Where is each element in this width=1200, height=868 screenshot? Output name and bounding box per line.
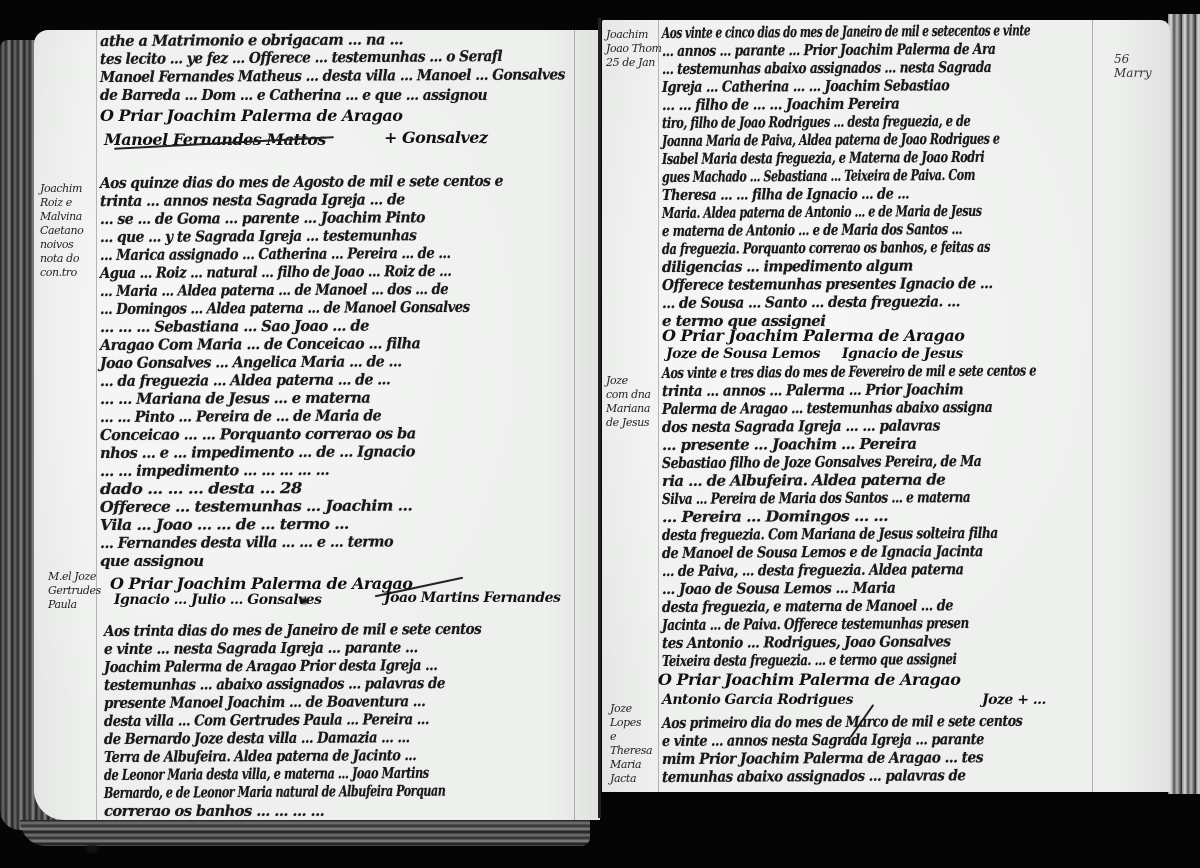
priest-signature: O Priar Joachim Palerma de Aragao <box>658 670 960 689</box>
text-line: Offerece ... testemunhas ... Joachim ... <box>100 496 412 516</box>
margin-rule <box>1092 20 1093 792</box>
book-gutter <box>598 18 601 818</box>
witness-signature: Antonio Garcia Rodrigues <box>662 692 853 708</box>
text-line: correrao os banhos ... ... ... ... <box>104 802 324 820</box>
witness-mark-signature: Joze + ... <box>982 692 1046 708</box>
text-line: ... de Paiva, ... desta freguezia. Aldea… <box>662 560 964 580</box>
text-line: ... testemunhas abaixo assignados ... ne… <box>662 58 991 78</box>
text-line: Agua ... Roiz ... natural ... filho de J… <box>100 262 451 282</box>
text-line: ... presente ... Joachim ... Pereira <box>662 435 917 454</box>
margin-note: Joze com dna Mariana de Jesus <box>606 374 651 430</box>
text-line: Joao Gonsalves ... Angelica Maria ... de… <box>100 352 402 372</box>
text-line: Theresa ... ... filha de Ignacio ... de … <box>662 184 909 204</box>
open-register-book: athe a Matrimonio e obrigacam ... na ...… <box>0 0 1200 868</box>
text-line: nhos ... e ... impedimento ... de ... Ig… <box>100 442 415 462</box>
text-line: Jacinta ... de Paiva. Offerece testemunh… <box>662 614 969 634</box>
text-line: Silva ... Pereira de Maria dos Santos ..… <box>662 488 970 508</box>
text-line: e vinte ... annos nesta Sagrada Igreja .… <box>662 730 984 750</box>
text-line: tes Antonio ... Rodrigues, Joao Gonsalve… <box>662 632 951 652</box>
text-line: tiro, filho de Joao Rodrigues ... desta … <box>662 112 970 132</box>
margin-note: Joachim Joao Thom 25 de Jan <box>606 28 662 70</box>
text-line: Teixeira desta freguezia. ... e termo qu… <box>662 650 957 670</box>
text-line: ... ... impedimento ... ... ... ... ... <box>100 461 329 480</box>
text-line: presente Manoel Joachim ... de Boaventur… <box>104 692 425 712</box>
text-line: ... Pereira ... Domingos ... ... <box>662 507 888 526</box>
text-line: gues Machado ... Sebastiana ... Teixeira… <box>662 166 975 186</box>
folio-annotation: Marry <box>1114 66 1152 80</box>
text-line: ... ... filho de ... ... Joachim Pereira <box>662 95 899 114</box>
priest-signature: O Priar Joachim Palerma de Aragao <box>100 106 402 125</box>
text-line: e materna de Antonio ... e de Maria dos … <box>662 220 962 240</box>
text-line: ... se ... de Goma ... parente ... Joach… <box>100 208 425 228</box>
text-line: ... Marica assignado ... Catherina ... P… <box>100 244 451 264</box>
text-line: Isabel Maria desta freguezia, e Materna … <box>662 148 984 168</box>
header-signature: Joze de Sousa Lemos <box>666 346 820 362</box>
text-line: ... da freguezia ... Aldea paterna ... d… <box>100 370 390 390</box>
text-line: trinta ... annos ... Palerma ... Prior J… <box>662 380 963 400</box>
text-line: Sebastiao filho de Joze Gonsalves Pereir… <box>662 452 981 472</box>
text-line: Aos vinte e cinco dias do mes de Janeiro… <box>662 21 1030 42</box>
text-line: que assignou <box>100 552 204 570</box>
text-line: Joanna Maria de Paiva, Aldea paterna de … <box>662 130 1000 150</box>
text-line: Palerma de Aragao ... testemunhas abaixo… <box>662 398 992 418</box>
text-line: diligencias ... impedimento algum <box>662 257 913 276</box>
text-line: ... ... ... Sebastiana ... Sao Joao ... … <box>100 317 369 336</box>
text-line: Terra de Albufeira. Aldea paterna de Jac… <box>104 746 416 766</box>
ink-blot <box>85 845 99 853</box>
margin-note: Joze Lopes e Theresa Maria Jacta <box>610 702 652 786</box>
witness-signature: Joao Martins Fernandes <box>384 590 560 606</box>
right-page: 56 Marry Joachim Joao Thom 25 de Jan Aos… <box>602 20 1170 792</box>
text-line: da freguezia. Porquanto correrao os banh… <box>662 238 990 258</box>
text-line: Aos trinta dias do mes de Janeiro de mil… <box>104 620 481 640</box>
text-line: Bernardo, e de Leonor Maria natural de A… <box>104 782 445 802</box>
text-line: testemunhas ... abaixo assignados ... pa… <box>104 674 445 694</box>
text-line: Maria. Aldea paterna de Antonio ... e de… <box>662 202 982 222</box>
text-line: Aos primeiro dia do mes de Marco de mil … <box>662 712 1022 732</box>
text-line: dado ... ... ... desta ... 28 <box>100 479 302 498</box>
left-page: athe a Matrimonio e obrigacam ... na ...… <box>34 30 600 820</box>
witness-mark-signature: + Gonsalvez <box>384 128 487 147</box>
witness-signature: Ignacio ... Julio ... Gonsalves <box>114 592 321 608</box>
text-line: Vila ... Joao ... ... de ... termo ... <box>100 515 349 534</box>
text-line: Aos vinte e tres dias do mes de Fevereir… <box>662 361 1036 382</box>
text-line: ... que ... y te Sagrada Igreja ... test… <box>100 226 416 246</box>
text-line: trinta ... annos nesta Sagrada Igreja ..… <box>100 190 405 210</box>
text-line: ... Fernandes desta villa ... ... e ... … <box>100 532 393 552</box>
text-line: Aos quinze dias do mes de Agosto de mil … <box>100 172 503 192</box>
text-line: temunhas abaixo assignados ... palavras … <box>662 766 966 786</box>
text-line: Aragao Com Maria ... de Conceicao ... fi… <box>100 334 420 354</box>
text-line: de Bernardo Joze desta villa ... Damazia… <box>104 728 410 748</box>
priest-signature: O Priar Joachim Palerma de Aragao <box>662 326 964 345</box>
text-line: Conceicao ... ... Porquanto correrao os … <box>100 424 416 444</box>
text-line: ... Domingos ... Aldea paterna ... de Ma… <box>100 298 470 318</box>
book-edge-bottom <box>20 820 590 846</box>
text-line: ... ... Mariana de Jesus ... e materna <box>100 389 370 408</box>
margin-note: M.el Joze Gertrudes Paula <box>48 570 101 612</box>
header-signature: Ignacio de Jesus <box>842 346 963 362</box>
folio-number: 56 <box>1114 52 1129 66</box>
text-line: ria ... de Albufeira. Aldea paterna de <box>662 471 945 490</box>
ink-blot <box>300 598 308 604</box>
text-line: Igreja ... Catherina ... ... Joachim Seb… <box>662 76 949 96</box>
text-line: ... Joao de Sousa Lemos ... Maria <box>662 579 895 598</box>
text-line: ... de Sousa ... Santo ... desta freguez… <box>662 292 960 312</box>
priest-signature: O Priar Joachim Palerma de Aragao <box>110 574 412 593</box>
text-line: desta freguezia. Com Mariana de Jesus so… <box>662 524 998 544</box>
text-line: Offerece testemunhas presentes Ignacio d… <box>662 274 993 294</box>
text-line: dos nesta Sagrada Igreja ... ... palavra… <box>662 416 940 436</box>
text-line: ... ... Pinto ... Pereira de ... de Mari… <box>100 406 381 426</box>
text-line: de Manoel de Sousa Lemos e de Ignacia Ja… <box>662 542 983 562</box>
margin-note: Joachim Roiz e Malvina Caetano noivos no… <box>40 182 83 280</box>
book-edge-right <box>1168 14 1200 794</box>
text-line: ... Maria ... Aldea paterna ... de Manoe… <box>100 280 448 300</box>
text-line: desta freguezia, e materna de Manoel ...… <box>662 596 953 616</box>
text-line: de Barreda ... Dom ... e Catherina ... e… <box>100 86 487 104</box>
text-line: e vinte ... nesta Sagrada Igreja ... par… <box>104 638 418 658</box>
margin-rule <box>96 30 97 820</box>
text-line: tes lecito ... ye fez ... Offerece ... t… <box>100 47 502 68</box>
margin-rule <box>574 30 575 820</box>
text-line: Manoel Fernandes Matheus ... desta villa… <box>100 65 565 86</box>
text-line: de Leonor Maria desta villa, e materna .… <box>104 764 429 784</box>
text-line: mim Prior Joachim Palerma de Aragao ... … <box>662 748 983 768</box>
text-line: desta villa ... Com Gertrudes Paula ... … <box>104 710 429 730</box>
text-line: ... annos ... parante ... Prior Joachim … <box>662 40 996 60</box>
text-line: Joachim Palerma de Aragao Prior desta Ig… <box>104 656 437 676</box>
